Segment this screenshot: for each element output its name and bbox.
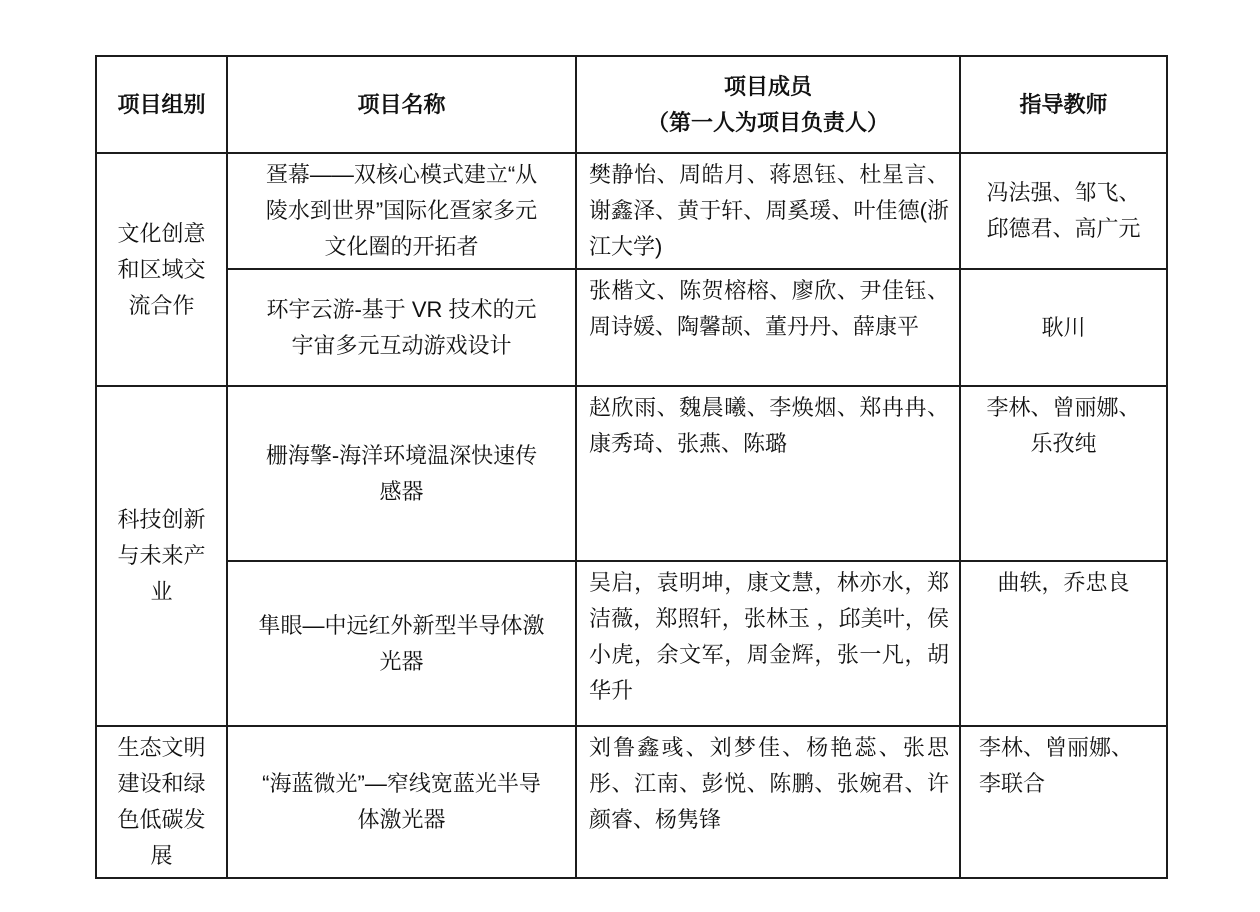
table-row: 隼眼—中远红外新型半导体激光器 吴启，袁明坤，康文慧，林亦水，郑洁薇，郑照轩，张… — [96, 561, 1167, 726]
table-row: 文化创意和区域交流合作 疍幕——双核心模式建立“从陵水到世界”国际化疍家多元文化… — [96, 153, 1167, 269]
project-name-cell: 疍幕——双核心模式建立“从陵水到世界”国际化疍家多元文化圈的开拓者 — [227, 153, 576, 269]
project-name-cell: 隼眼—中远红外新型半导体激光器 — [227, 561, 576, 726]
header-cell-teacher: 指导教师 — [960, 56, 1167, 153]
header-name-label: 项目名称 — [234, 87, 569, 123]
members-cell: 樊静怡、周皓月、蒋恩钰、杜星言、谢鑫泽、黄于轩、周奚瑗、叶佳德(浙江大学) — [576, 153, 960, 269]
table-row: 环宇云游-基于 VR 技术的元宇宙多元互动游戏设计 张楷文、陈贺榕榕、廖欣、尹佳… — [96, 269, 1167, 386]
project-name-cell: 栅海擎-海洋环境温深快速传感器 — [227, 386, 576, 561]
members-cell: 吴启，袁明坤，康文慧，林亦水，郑洁薇，郑照轩，张林玉 ，邱美叶，侯小虎，余文军，… — [576, 561, 960, 726]
teachers-cell: 冯法强、邹飞、邱德君、高广元 — [960, 153, 1167, 269]
header-cell-members: 项目成员 （第一人为项目负责人） — [576, 56, 960, 153]
document-page: 项目组别 项目名称 项目成员 （第一人为项目负责人） 指导教师 文化创意和区域交… — [0, 0, 1260, 912]
table-row: 科技创新与未来产业 栅海擎-海洋环境温深快速传感器 赵欣雨、魏晨曦、李焕烟、郑冉… — [96, 386, 1167, 561]
group-cell: 科技创新与未来产业 — [96, 386, 227, 726]
members-cell: 赵欣雨、魏晨曦、李焕烟、郑冉冉、康秀琦、张燕、陈璐 — [576, 386, 960, 561]
teachers-cell: 李林、曾丽娜、乐孜纯 — [960, 386, 1167, 561]
header-cell-name: 项目名称 — [227, 56, 576, 153]
group-cell: 文化创意和区域交流合作 — [96, 153, 227, 386]
header-group-label: 项目组别 — [103, 87, 220, 123]
members-cell: 张楷文、陈贺榕榕、廖欣、尹佳钰、周诗媛、陶馨颉、董丹丹、薛康平 — [576, 269, 960, 386]
projects-table: 项目组别 项目名称 项目成员 （第一人为项目负责人） 指导教师 文化创意和区域交… — [95, 55, 1168, 879]
teachers-cell: 曲轶，乔忠良 — [960, 561, 1167, 726]
table-row: 生态文明建设和绿色低碳发展 “海蓝微光”—窄线宽蓝光半导体激光器 刘鲁鑫彧、刘梦… — [96, 726, 1167, 878]
header-row: 项目组别 项目名称 项目成员 （第一人为项目负责人） 指导教师 — [96, 56, 1167, 153]
teachers-cell: 李林、曾丽娜、李联合 — [960, 726, 1167, 878]
project-name-cell: “海蓝微光”—窄线宽蓝光半导体激光器 — [227, 726, 576, 878]
header-members-label-line2: （第一人为项目负责人） — [583, 105, 953, 141]
header-members-label-line1: 项目成员 — [583, 69, 953, 105]
members-cell: 刘鲁鑫彧、刘梦佳、杨艳蕊、张思彤、江南、彭悦、陈鹏、张婉君、许颜睿、杨隽锋 — [576, 726, 960, 878]
group-cell: 生态文明建设和绿色低碳发展 — [96, 726, 227, 878]
project-name-cell: 环宇云游-基于 VR 技术的元宇宙多元互动游戏设计 — [227, 269, 576, 386]
header-teacher-label: 指导教师 — [967, 87, 1160, 123]
teachers-cell: 耿川 — [960, 269, 1167, 386]
header-cell-group: 项目组别 — [96, 56, 227, 153]
